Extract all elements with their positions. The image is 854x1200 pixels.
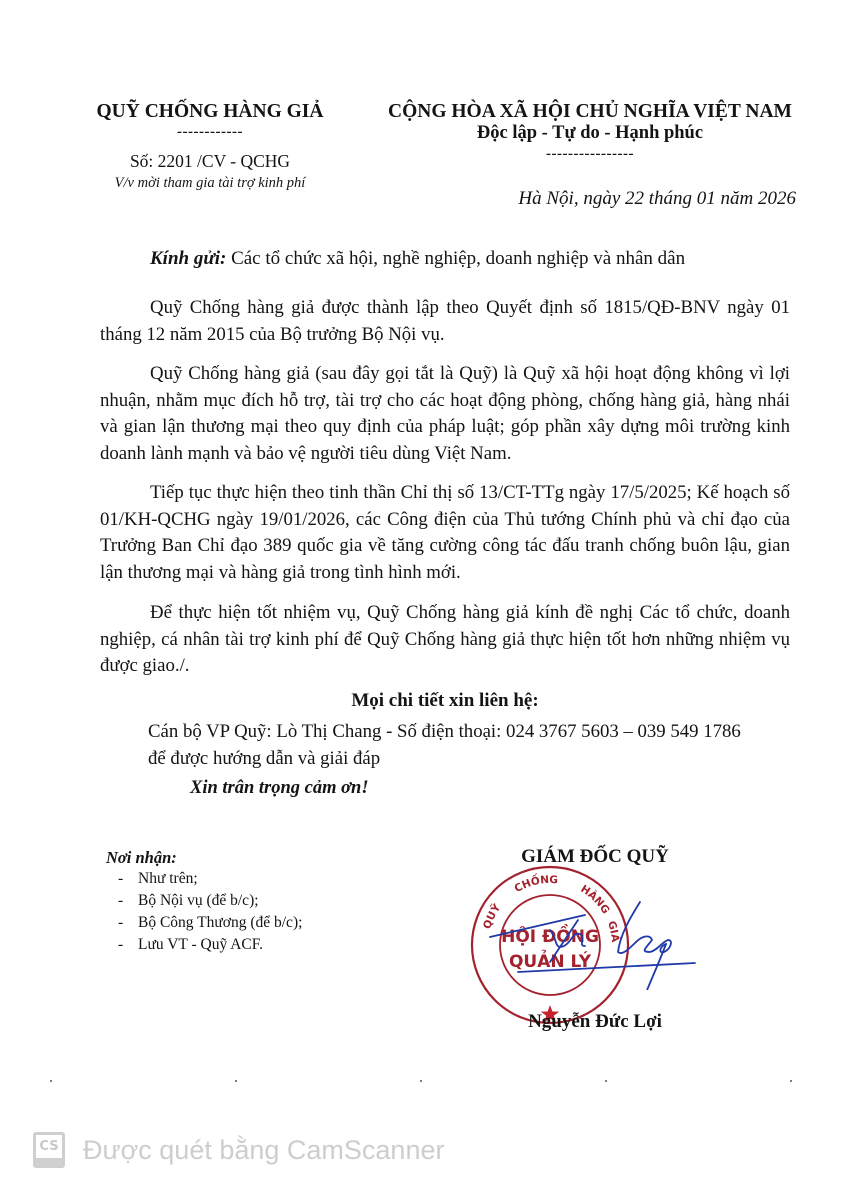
recipient-item: -Bộ Công Thương (để b/c); bbox=[118, 914, 302, 932]
contact-details: Cán bộ VP Quỹ: Lò Thị Chang - Số điện th… bbox=[148, 721, 741, 743]
national-title: CỘNG HÒA XÃ HỘI CHỦ NGHĨA VIỆT NAM bbox=[370, 101, 810, 123]
scan-dot bbox=[50, 1080, 52, 1082]
salutation: Kính gửi: Các tổ chức xã hội, nghề nghiệ… bbox=[150, 248, 685, 270]
scan-dot bbox=[790, 1080, 792, 1082]
body-paragraph: Quỹ Chống hàng giả được thành lập theo Q… bbox=[100, 295, 790, 348]
camscanner-text: Được quét bằng CamScanner bbox=[83, 1135, 444, 1166]
place-and-date: Hà Nội, ngày 22 tháng 01 năm 2026 bbox=[300, 188, 796, 210]
scan-dot bbox=[605, 1080, 607, 1082]
recipient-item: -Bộ Nội vụ (để b/c); bbox=[118, 892, 259, 910]
scan-dot bbox=[235, 1080, 237, 1082]
recipient-item: -Lưu VT - Quỹ ACF. bbox=[118, 936, 263, 954]
handwritten-signature bbox=[480, 880, 700, 990]
body-paragraph: Để thực hiện tốt nhiệm vụ, Quỹ Chống hàn… bbox=[100, 600, 790, 680]
camscanner-watermark: CS Được quét bằng CamScanner bbox=[33, 1132, 444, 1168]
body-paragraph: Tiếp tục thực hiện theo tinh thần Chỉ th… bbox=[100, 480, 790, 586]
body-paragraph: Quỹ Chống hàng giả (sau đây gọi tắt là Q… bbox=[100, 361, 790, 467]
contact-heading: Mọi chi tiết xin liên hệ: bbox=[100, 690, 790, 712]
organization-divider: ------------ bbox=[90, 124, 330, 141]
contact-note: để được hướng dẫn và giải đáp bbox=[148, 748, 380, 770]
salutation-label: Kính gửi: bbox=[150, 248, 226, 269]
motto-divider: ---------------- bbox=[370, 146, 810, 163]
recipient-item: -Như trên; bbox=[118, 870, 198, 888]
salutation-recipients: Các tổ chức xã hội, nghề nghiệp, doanh n… bbox=[226, 248, 685, 269]
document-number: Số: 2201 /CV - QCHG bbox=[90, 151, 330, 172]
national-motto: Độc lập - Tự do - Hạnh phúc bbox=[370, 123, 810, 144]
camscanner-logo-icon: CS bbox=[33, 1132, 65, 1168]
recipients-title: Nơi nhận: bbox=[106, 848, 177, 868]
organization-name: QUỸ CHỐNG HÀNG GIẢ bbox=[90, 101, 330, 123]
closing-thanks: Xin trân trọng cảm ơn! bbox=[190, 778, 369, 799]
document-subject: V/v mời tham gia tài trợ kinh phí bbox=[90, 175, 330, 192]
scan-dot bbox=[420, 1080, 422, 1082]
signatory-name: Nguyễn Đức Lợi bbox=[495, 1011, 695, 1033]
